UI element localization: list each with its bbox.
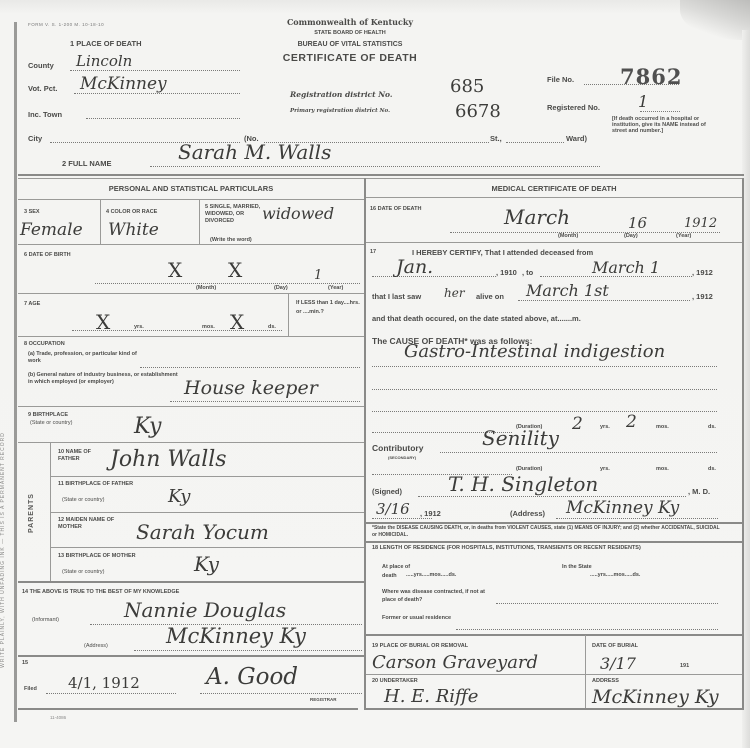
- divider: [18, 199, 364, 200]
- divider: [18, 655, 364, 657]
- duration-yrs-label: yrs.: [600, 424, 610, 430]
- filed-value: 4/1, 1912: [68, 674, 140, 692]
- alive-on-label: alive on: [476, 292, 504, 301]
- dob-month: X: [168, 258, 182, 282]
- residence-label: 18 LENGTH OF RESIDENCE (FOR HOSPITALS, I…: [372, 545, 722, 552]
- contributory-hint: (SECONDARY): [388, 455, 416, 460]
- divider: [18, 244, 364, 245]
- divider: [18, 336, 364, 337]
- dod-label: 16 DATE OF DEATH: [370, 206, 421, 212]
- year-caption: (Year): [328, 285, 343, 291]
- registration-district-label: Registration district No.: [290, 90, 393, 99]
- registrar-label: REGISTRAR: [310, 697, 337, 702]
- mother-birthplace-value: Ky: [194, 552, 219, 576]
- last-saw-line: [518, 300, 690, 301]
- marital-label: 5 SINGLE, MARRIED, WIDOWED, OR DIVORCED: [205, 204, 265, 225]
- day-caption: (Day): [274, 285, 288, 291]
- divider: [18, 406, 364, 407]
- dob-year: 1: [314, 268, 322, 283]
- city-label: City: [28, 134, 42, 143]
- dod-year-caption: (Year): [676, 233, 691, 239]
- birthplace-label: 9 BIRTHPLACE: [28, 412, 68, 418]
- father-name-label: 10 NAME OF FATHER: [58, 449, 113, 463]
- last-saw-date: March 1st: [526, 281, 609, 300]
- month-caption: (Month): [196, 285, 216, 291]
- margin-note: WRITE PLAINLY, WITH UNFADING INK — THIS …: [0, 395, 10, 705]
- hospital-note: [If death occurred in a hospital or inst…: [612, 116, 722, 134]
- physician-signature: T. H. Singleton: [448, 472, 598, 496]
- county-label: County: [28, 61, 54, 70]
- duration-ds-label: ds.: [708, 424, 716, 430]
- dob-day: X: [228, 258, 242, 282]
- undertaker-label: 20 UNDERTAKER: [372, 678, 418, 684]
- divider: [288, 294, 289, 336]
- registrar-signature: A. Good: [206, 664, 298, 690]
- bureau-title: BUREAU OF VITAL STATISTICS: [270, 41, 430, 48]
- st-label: St.,: [490, 134, 502, 143]
- inc-town-label: Inc. Town: [28, 110, 62, 119]
- birthplace-value: Ky: [134, 414, 161, 439]
- age-label: 7 AGE: [24, 301, 40, 307]
- attended-from: Jan.: [396, 256, 433, 278]
- divider: [100, 200, 101, 244]
- page-title: CERTIFICATE OF DEATH: [262, 52, 438, 64]
- cause-value: Gastro-Intestinal indigestion: [404, 341, 665, 362]
- marital-value: widowed: [262, 204, 334, 223]
- contributory-value: Senility: [482, 426, 559, 450]
- marital-hint: (Write the word): [210, 237, 252, 243]
- divider: [585, 635, 586, 710]
- sex-value: Female: [20, 220, 83, 240]
- burial-date-label: DATE OF BURIAL: [592, 643, 638, 649]
- bottom-frame: [366, 708, 744, 710]
- father-name-value: John Walls: [110, 447, 227, 472]
- father-birthplace-hint: (State or country): [62, 497, 105, 503]
- contributory-label: Contributory: [372, 443, 423, 453]
- less-than-label: If LESS than 1 day....hrs. or ....min.?: [296, 299, 362, 317]
- attended-from-line: [372, 276, 496, 277]
- divider: [199, 200, 200, 244]
- certify-number: 17: [370, 249, 376, 255]
- father-birthplace-label: 11 BIRTHPLACE OF FATHER: [58, 481, 138, 488]
- undertaker-address-label: ADDRESS: [592, 678, 619, 684]
- right-frame: [742, 178, 744, 710]
- vot-pct-value: McKinney: [80, 74, 167, 94]
- contracted-line: [496, 603, 718, 604]
- dod-day: 16: [628, 214, 647, 232]
- registrar-line: [200, 693, 362, 694]
- informant-statement: 14 THE ABOVE IS TRUE TO THE BEST OF MY K…: [22, 589, 179, 595]
- contributory-line: [440, 452, 717, 453]
- last-saw-pronoun: her: [444, 286, 465, 300]
- race-value: White: [108, 220, 159, 240]
- duration2-yrs-label: yrs.: [600, 466, 610, 472]
- divider: [366, 634, 742, 636]
- divider: [366, 197, 742, 198]
- informant-label: (Informant): [32, 617, 59, 623]
- occupation-a-line: [140, 367, 360, 368]
- divider: [50, 476, 364, 477]
- page-curl: [680, 0, 750, 40]
- cause-line-3: [372, 411, 717, 412]
- medical-section-title: MEDICAL CERTIFICATE OF DEATH: [366, 184, 742, 193]
- mother-name-value: Sarah Yocum: [136, 520, 269, 544]
- divider: [18, 293, 364, 294]
- birthplace-hint: (State or country): [30, 420, 73, 426]
- divider: [366, 522, 742, 524]
- full-name-label: 2 FULL NAME: [62, 159, 111, 168]
- in-state-label: In the State: [562, 563, 592, 572]
- full-name-value: Sarah M. Walls: [178, 140, 331, 164]
- divider: [366, 674, 742, 675]
- divider: [50, 547, 364, 548]
- mother-birthplace-label: 13 BIRTHPLACE OF MOTHER: [58, 553, 138, 560]
- dod-month-caption: (Month): [558, 233, 578, 239]
- former-residence-label: Former or usual residence: [382, 614, 452, 622]
- physician-address-line: [556, 518, 718, 519]
- file-number: 7862: [620, 64, 682, 89]
- occupation-b-line: [170, 401, 360, 402]
- filed-label: Filed: [24, 686, 37, 692]
- yrs-label: yrs.: [134, 324, 144, 330]
- duration2-ds-label: ds.: [708, 466, 716, 472]
- duration-months: 2: [626, 412, 637, 432]
- filed-number: 15: [22, 660, 28, 666]
- divider: [18, 442, 364, 443]
- duration-years: 2: [572, 414, 583, 434]
- burial-year: 191: [680, 663, 689, 669]
- to-year: , 1912: [692, 268, 713, 277]
- ds-label: ds.: [268, 324, 276, 330]
- signed-year: , 1912: [420, 509, 441, 518]
- informant-value: Nannie Douglas: [124, 598, 286, 622]
- full-name-line: [150, 166, 600, 167]
- sex-label: 3 SEX: [24, 209, 40, 215]
- mother-name-label: 12 MAIDEN NAME OF MOTHER: [58, 517, 138, 531]
- primary-district-value: 6678: [455, 101, 501, 122]
- bottom-frame: [18, 708, 358, 710]
- parents-label: PARENTS: [28, 478, 38, 548]
- age-years: X: [96, 310, 110, 334]
- occupation-b-label: (b) General nature of industry business,…: [28, 372, 178, 386]
- file-no-label: File No.: [547, 75, 574, 84]
- ward-line: [506, 142, 564, 143]
- md-label: , M. D.: [688, 487, 710, 496]
- at-place-units: .....yrs.....mos.....ds.: [406, 572, 456, 578]
- occupation-value: House keeper: [184, 377, 318, 399]
- signed-date-line: [372, 518, 432, 519]
- registration-district-value: 685: [450, 76, 484, 97]
- divider: [366, 541, 742, 543]
- vot-pct-label: Vot. Pct.: [28, 84, 57, 93]
- signed-line: [418, 496, 686, 497]
- mos-label: mos.: [202, 324, 215, 330]
- registered-no-line: [640, 111, 680, 112]
- undertaker-value: H. E. Riffe: [384, 686, 478, 707]
- county-value: Lincoln: [76, 52, 132, 70]
- cause-line-1: [372, 366, 717, 367]
- primary-district-label: Primary registration district No.: [290, 108, 390, 114]
- last-saw-year: , 1912: [692, 292, 713, 301]
- left-border: [14, 22, 17, 722]
- personal-section-title: PERSONAL AND STATISTICAL PARTICULARS: [18, 184, 364, 193]
- duration-mos-label: mos.: [656, 424, 669, 430]
- mother-birthplace-hint: (State or country): [62, 569, 105, 575]
- divider: [18, 178, 744, 179]
- dob-label: 6 DATE OF BIRTH: [24, 252, 71, 258]
- cause-line-2: [372, 389, 717, 390]
- informant-address-label: (Address): [84, 643, 108, 649]
- form-number: FORM V. S. 1-200 M. 10-18-10: [28, 22, 104, 27]
- physician-address-label: (Address): [510, 509, 545, 518]
- race-label: 4 COLOR OR RACE: [106, 209, 157, 215]
- occupation-label: 8 OCCUPATION: [24, 341, 65, 347]
- signed-date: 3/16: [376, 500, 410, 518]
- commonwealth-title: Commonwealth of Kentucky: [270, 17, 430, 27]
- county-line: [70, 70, 240, 71]
- cause-footnote: *State the DISEASE CAUSING DEATH, or, in…: [372, 525, 722, 538]
- dod-day-caption: (Day): [624, 233, 638, 239]
- death-occurred-text: and that death occured, on the date stat…: [372, 314, 581, 323]
- duration2-mos-label: mos.: [656, 466, 669, 472]
- age-days: X: [230, 310, 244, 334]
- burial-date-value: 3/17: [600, 654, 636, 673]
- informant-address-value: McKinney Ky: [166, 624, 306, 648]
- father-birthplace-value: Ky: [168, 486, 190, 507]
- informant-address-line: [134, 650, 362, 651]
- dob-line: [95, 283, 360, 284]
- registered-no-value: 1: [638, 92, 648, 111]
- divider: [366, 242, 742, 243]
- footer-code: 11-4086: [50, 715, 66, 720]
- divider: [50, 512, 364, 513]
- attended-to: March 1: [592, 258, 660, 277]
- signed-label: (Signed): [372, 487, 402, 496]
- column-divider: [364, 178, 366, 710]
- divider: [18, 581, 364, 583]
- occupation-a-label: (a) Trade, profession, or particular kin…: [28, 351, 148, 365]
- registered-no-label: Registered No.: [547, 103, 600, 112]
- burial-place-value: Carson Graveyard: [372, 652, 538, 673]
- undertaker-address-value: McKinney Ky: [592, 686, 719, 708]
- burial-place-label: 19 PLACE OF BURIAL OR REMOVAL: [372, 643, 468, 649]
- in-state-units: .....yrs.....mos.....ds.: [590, 572, 640, 578]
- from-year: , 1910: [496, 268, 517, 277]
- last-saw-label: that I last saw: [372, 292, 421, 301]
- ward-label: Ward): [566, 134, 587, 143]
- divider: [18, 174, 744, 176]
- physician-address-value: McKinney Ky: [566, 498, 679, 518]
- filed-line: [46, 693, 176, 694]
- death-certificate: WRITE PLAINLY, WITH UNFADING INK — THIS …: [0, 0, 750, 748]
- to-label: , to: [522, 268, 533, 277]
- dod-year: 1912: [684, 216, 717, 231]
- dod-month: March: [504, 205, 570, 229]
- board-title: STATE BOARD OF HEALTH: [270, 30, 430, 36]
- place-of-death-label: 1 PLACE OF DEATH: [70, 39, 142, 48]
- former-residence-line: [456, 629, 718, 630]
- contracted-label: Where was disease contracted, if not at …: [382, 588, 492, 604]
- certify-text: I HEREBY CERTIFY, That I attended deceas…: [412, 248, 593, 257]
- inc-town-line: [86, 118, 240, 119]
